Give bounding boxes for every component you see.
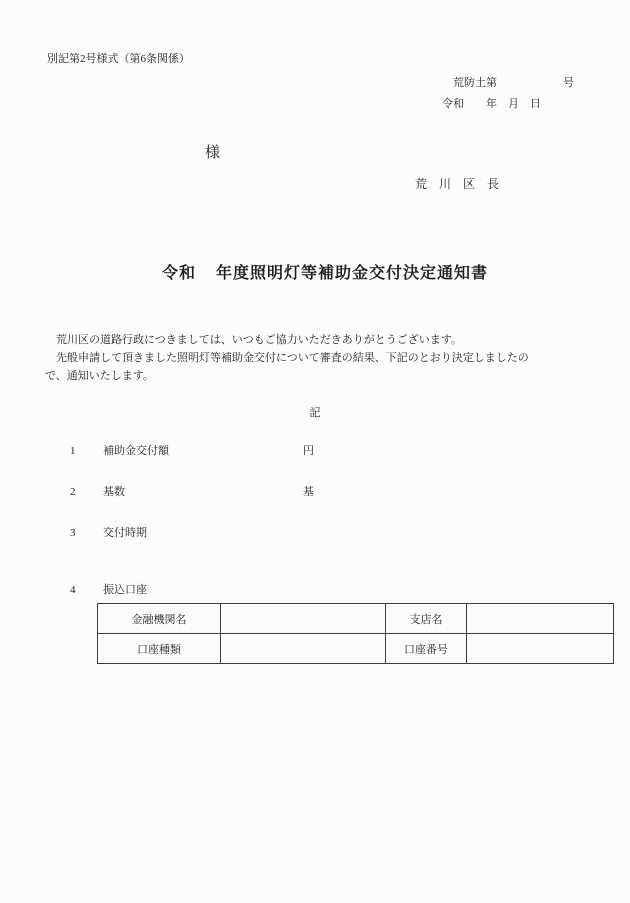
bank-name-value-cell xyxy=(221,604,386,634)
item-unit: 基 xyxy=(303,484,314,500)
bank-account-table: 金融機関名 支店名 口座種類 口座番号 xyxy=(97,603,614,664)
item-transfer-account: 4 振込口座 xyxy=(0,582,630,598)
form-style-label: 別記第2号様式（第6条関係） xyxy=(47,50,190,66)
bank-name-label-cell: 金融機関名 xyxy=(98,604,221,634)
item-label: 基数 xyxy=(103,484,125,500)
body-line-3: で、通知いたします。 xyxy=(45,367,590,385)
item-number: 1 xyxy=(70,443,76,459)
item-subsidy-amount: 1 補助金交付額 円 xyxy=(0,443,630,459)
body-line-2: 先般申請して頂きました照明灯等補助金交付について審査の結果、下記のとおり決定しま… xyxy=(45,349,590,367)
title-main-text: 年度照明灯等補助金交付決定通知書 xyxy=(216,265,488,282)
item-unit: 円 xyxy=(303,443,314,459)
date-line: 令和 年 月 日 xyxy=(442,95,541,111)
account-type-value-cell xyxy=(221,634,386,664)
document-title: 令和年度照明灯等補助金交付決定通知書 xyxy=(0,242,630,301)
item-label: 交付時期 xyxy=(103,525,147,541)
item-label: 補助金交付額 xyxy=(103,443,169,459)
table-row: 口座種類 口座番号 xyxy=(98,634,614,664)
sender-name: 荒 川 区 長 xyxy=(415,175,499,192)
document-number-line: 荒防土第 号 xyxy=(453,74,574,90)
branch-name-label-cell: 支店名 xyxy=(386,604,467,634)
branch-name-value-cell xyxy=(467,604,614,634)
item-number: 3 xyxy=(70,525,76,541)
account-type-label-cell: 口座種類 xyxy=(98,634,221,664)
title-era: 令和 xyxy=(162,265,196,282)
item-number: 2 xyxy=(70,484,76,500)
item-number: 4 xyxy=(70,582,76,598)
addressee-honorific: 様 xyxy=(205,141,220,162)
record-marker: 記 xyxy=(0,404,630,420)
document-page: 別記第2号様式（第6条関係） 荒防土第 号 令和 年 月 日 様 荒 川 区 長… xyxy=(0,0,630,903)
item-label: 振込口座 xyxy=(103,582,147,598)
body-line-1: 荒川区の道路行政につきましては、いつもご協力いただきありがとうございます。 xyxy=(45,331,590,349)
item-grant-period: 3 交付時期 xyxy=(0,525,630,541)
item-base-count: 2 基数 基 xyxy=(0,484,630,500)
table-row: 金融機関名 支店名 xyxy=(98,604,614,634)
account-number-label-cell: 口座番号 xyxy=(386,634,467,664)
account-number-value-cell xyxy=(467,634,614,664)
body-paragraph: 荒川区の道路行政につきましては、いつもご協力いただきありがとうございます。 先般… xyxy=(45,331,590,385)
